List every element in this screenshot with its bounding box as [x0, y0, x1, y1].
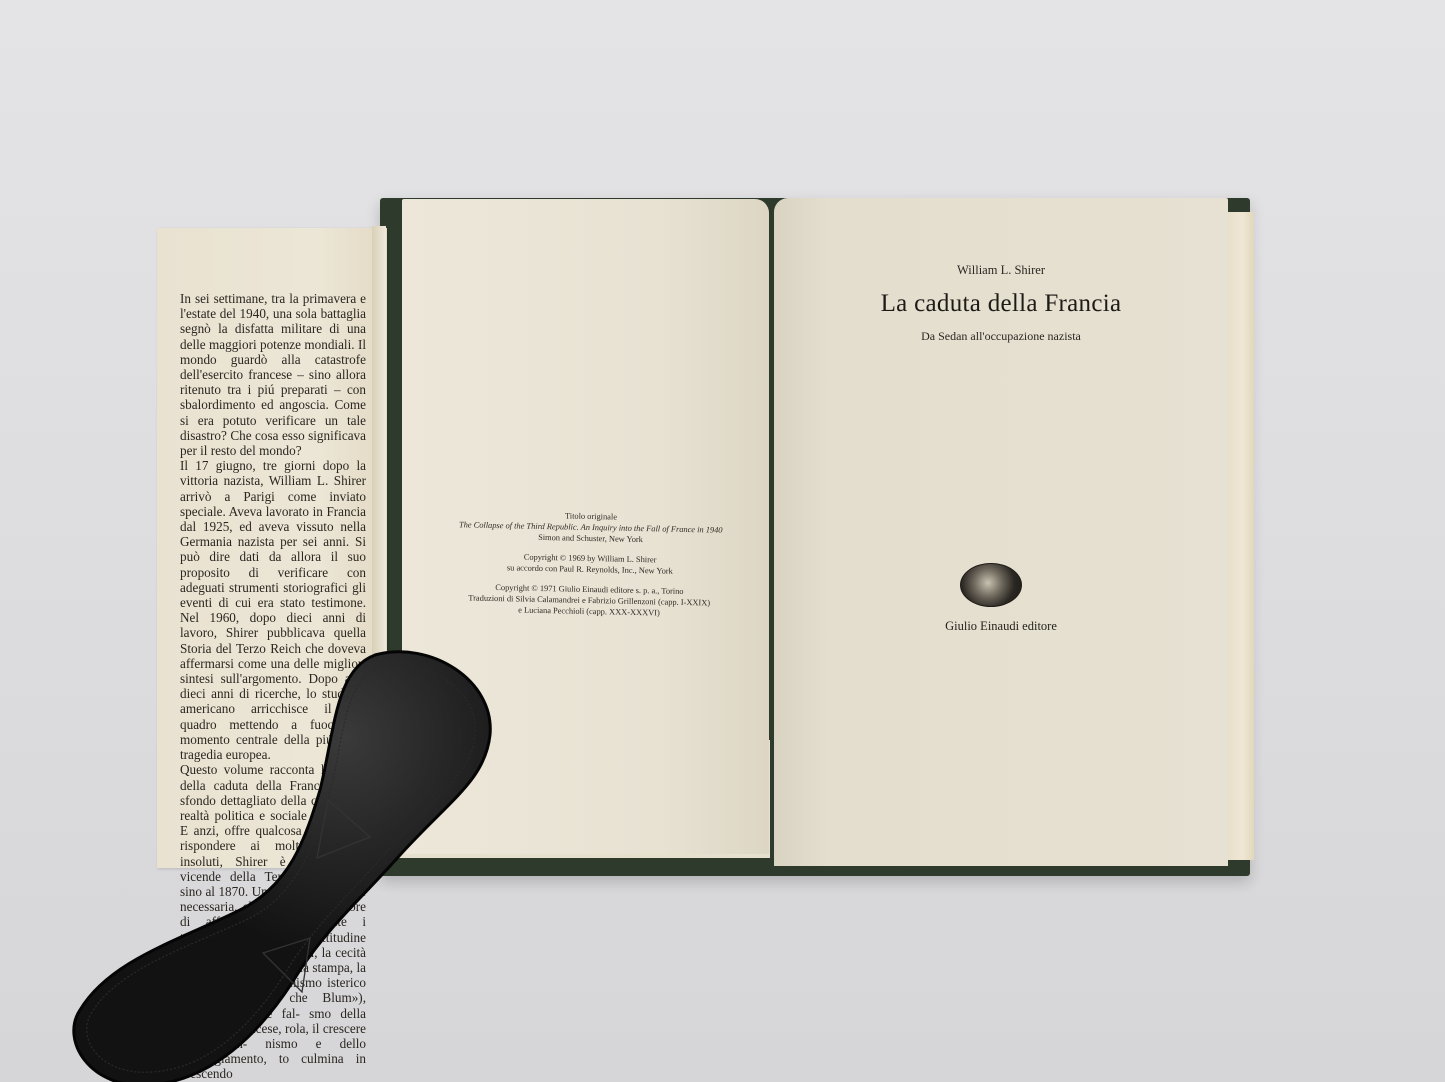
flap-paragraph: In sei settimane, tra la primavera e l'e… — [180, 291, 366, 458]
colophon: Titolo originale The Collapse of the Thi… — [439, 508, 741, 620]
book-title: La caduta della Francia — [774, 290, 1228, 318]
publisher-logo-icon — [960, 563, 1022, 607]
book-weight-icon — [70, 640, 510, 1082]
author-name: William L. Shirer — [774, 263, 1228, 278]
publisher-name: Giulio Einaudi editore — [774, 619, 1228, 634]
page-fore-edge — [1226, 212, 1254, 860]
book-subtitle: Da Sedan all'occupazione nazista — [774, 329, 1228, 344]
